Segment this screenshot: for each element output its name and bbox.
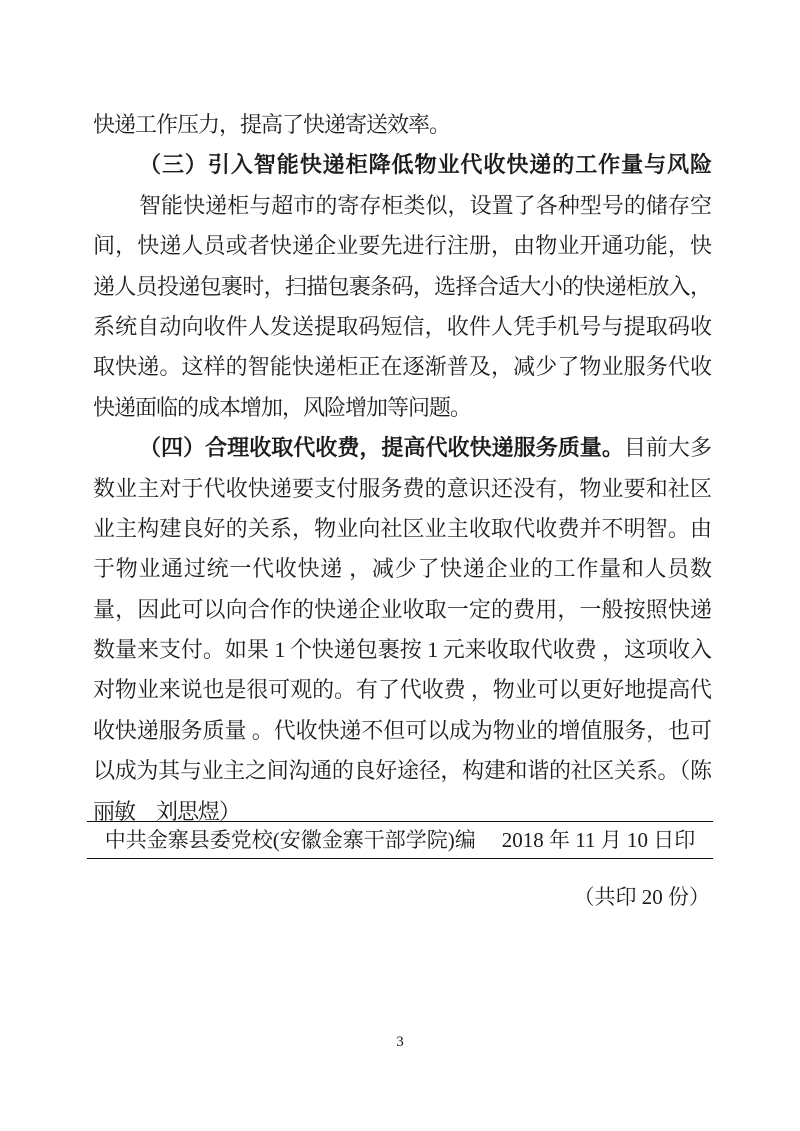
body-text: 快递工作压力，提高了快递寄送效率。 xyxy=(93,112,450,137)
body-text: 业主构建良好的关系，物业向社区业主收取代收费并不明智。由 xyxy=(93,516,711,541)
text-line: 收快递服务质量 。代收快递不但可以成为物业的增值服务，也可 xyxy=(93,711,711,751)
text-line: 系统自动向收件人发送提取码短信，收件人凭手机号与提取码收 xyxy=(93,307,711,347)
body-text: 收快递服务质量 。代收快递不但可以成为物业的增值服务，也可 xyxy=(93,718,711,743)
text-line: 业主构建良好的关系，物业向社区业主收取代收费并不明智。由 xyxy=(93,509,711,549)
copies-note: （共印 20 份） xyxy=(574,882,711,912)
text-line: 于物业通过统一代收快递 ，减少了快递企业的工作量和人员数 xyxy=(93,549,711,589)
text-line: 间，快递人员或者快递企业要先进行注册，由物业开通功能，快 xyxy=(93,226,711,266)
text-line: 递人员投递包裹时，扫描包裹条码，选择合适大小的快递柜放入， xyxy=(93,267,711,307)
text-line: 快递面临的成本增加，风险增加等问题。 xyxy=(93,388,711,428)
body-text: 数业主对于代收快递要支付服务费的意识还没有，物业要和社区 xyxy=(93,476,711,501)
body-text: 目前大多 xyxy=(624,435,711,460)
publisher-text: 中共金寨县委党校(安徽金寨干部学院)编 xyxy=(105,828,476,852)
text-line: 数量来支付。如果 1 个快递包裹按 1 元来收取代收费 ，这项收入 xyxy=(93,630,711,670)
text-line: 数业主对于代收快递要支付服务费的意识还没有，物业要和社区 xyxy=(93,469,711,509)
page-number: 3 xyxy=(0,1032,800,1052)
document-body: 快递工作压力，提高了快递寄送效率。（三）引入智能快递柜降低物业代收快递的工作量与… xyxy=(93,105,711,832)
document-page: 快递工作压力，提高了快递寄送效率。（三）引入智能快递柜降低物业代收快递的工作量与… xyxy=(0,0,800,1131)
body-text: 以成为其与业主之间沟通的良好途径，构建和谐的社区关系。（陈 xyxy=(93,758,711,783)
text-line: 对物业来说也是很可观的。有了代收费 ，物业可以更好地提高代 xyxy=(93,670,711,710)
body-text: 丽敏 刘思煜） xyxy=(93,799,240,824)
body-text: 于物业通过统一代收快递 ，减少了快递企业的工作量和人员数 xyxy=(93,556,711,581)
body-text: 快递面临的成本增加，风险增加等问题。 xyxy=(93,395,471,420)
text-line: 以成为其与业主之间沟通的良好途径，构建和谐的社区关系。（陈 xyxy=(93,751,711,791)
text-line: 智能快递柜与超市的寄存柜类似，设置了各种型号的储存空 xyxy=(93,186,711,226)
body-text: 数量来支付。如果 1 个快递包裹按 1 元来收取代收费 ，这项收入 xyxy=(93,637,711,662)
text-line: 取快递。这样的智能快递柜正在逐渐普及，减少了物业服务代收 xyxy=(93,347,711,387)
body-text: 对物业来说也是很可观的。有了代收费 ，物业可以更好地提高代 xyxy=(93,677,711,702)
body-text: 间，快递人员或者快递企业要先进行注册，由物业开通功能，快 xyxy=(93,233,711,258)
section-heading: （三）引入智能快递柜降低物业代收快递的工作量与风险 xyxy=(93,145,711,185)
text-line: 量，因此可以向合作的快递企业收取一定的费用，一般按照快递 xyxy=(93,590,711,630)
body-text: 递人员投递包裹时，扫描包裹条码，选择合适大小的快递柜放入， xyxy=(93,274,711,299)
body-text: 量，因此可以向合作的快递企业收取一定的费用，一般按照快递 xyxy=(93,597,711,622)
print-date-text: 2018 年 11 月 10 日印 xyxy=(502,828,695,852)
body-text: 系统自动向收件人发送提取码短信，收件人凭手机号与提取码收 xyxy=(93,314,711,339)
body-text: 智能快递柜与超市的寄存柜类似，设置了各种型号的储存空 xyxy=(139,193,711,218)
text-line: （四）合理收取代收费，提高代收快递服务质量。目前大多 xyxy=(93,428,711,468)
heading-text: （三）引入智能快递柜降低物业代收快递的工作量与风险 xyxy=(139,152,711,177)
text-line: 快递工作压力，提高了快递寄送效率。 xyxy=(93,105,711,145)
imprint-line: 中共金寨县委党校(安徽金寨干部学院)编2018 年 11 月 10 日印 xyxy=(87,821,713,859)
body-text: 取快递。这样的智能快递柜正在逐渐普及，减少了物业服务代收 xyxy=(93,354,711,379)
heading-text: （四）合理收取代收费，提高代收快递服务质量。 xyxy=(139,435,624,460)
